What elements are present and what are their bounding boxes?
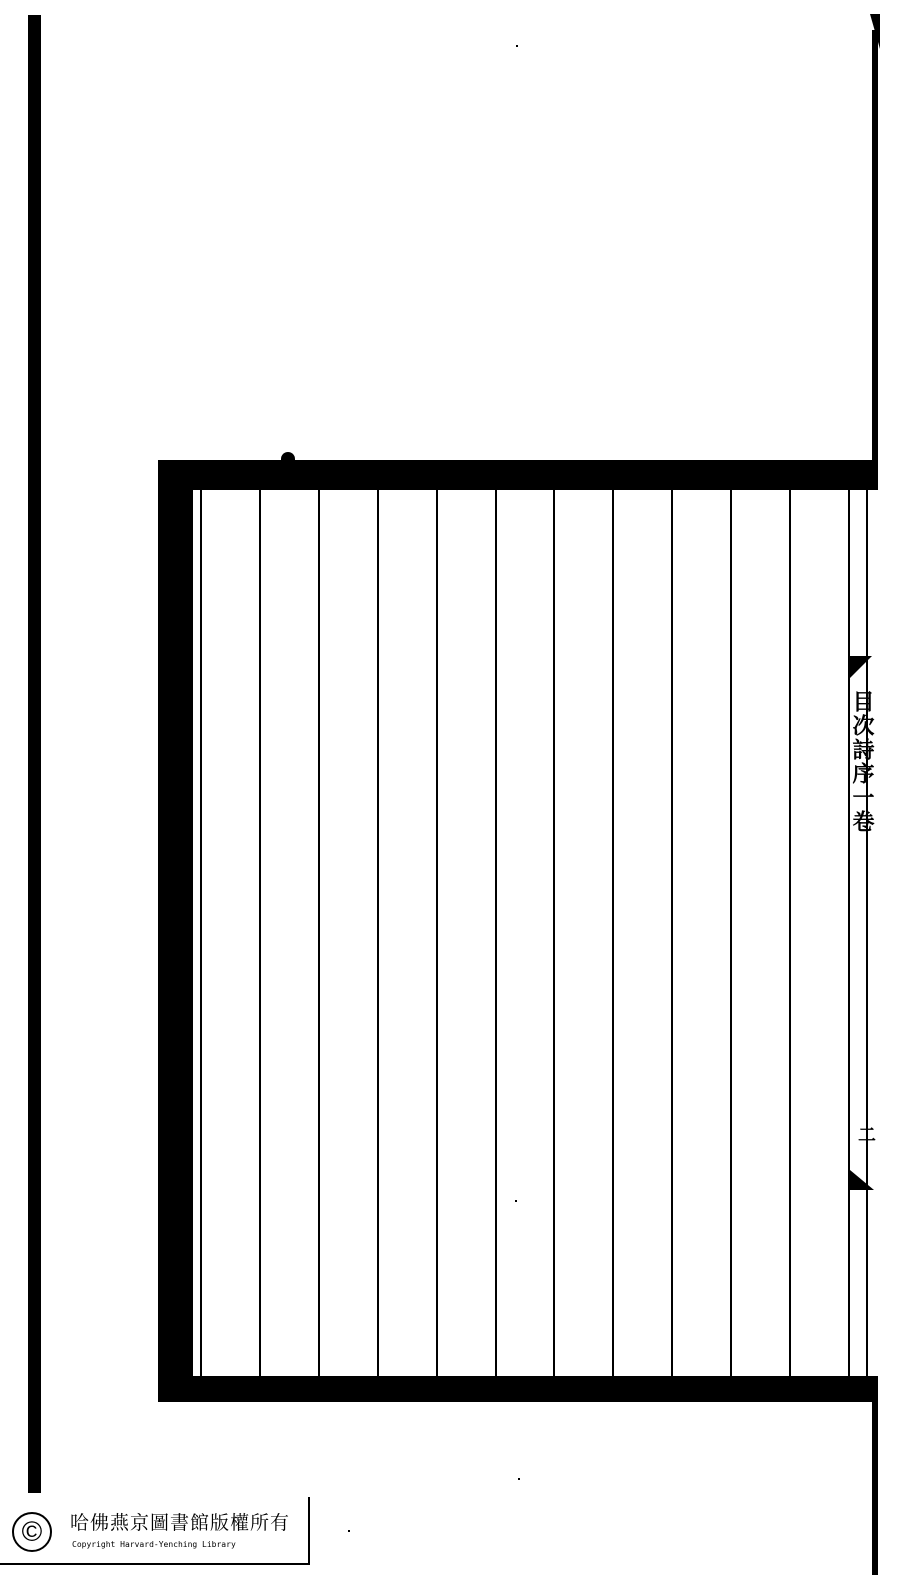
banxin-page-number: 二 — [855, 1125, 875, 1143]
column-rule — [553, 490, 555, 1376]
column-rule — [789, 490, 791, 1376]
banxin-right-rule — [866, 490, 868, 1376]
scan-speck — [516, 45, 518, 47]
print-frame-body — [193, 490, 878, 1376]
book-spine-edge — [28, 15, 41, 1493]
copyright-english-text: Copyright Harvard-Yenching Library — [72, 1540, 236, 1549]
copyright-chinese-text: 哈佛燕京圖書館版權所有 — [70, 1508, 290, 1535]
column-rule — [730, 490, 732, 1376]
scan-speck — [515, 1200, 517, 1202]
column-rule — [671, 490, 673, 1376]
column-rule — [200, 490, 202, 1376]
column-rule — [436, 490, 438, 1376]
column-rule — [318, 490, 320, 1376]
column-rule — [495, 490, 497, 1376]
frame-ink-blot — [281, 452, 295, 464]
column-rule — [377, 490, 379, 1376]
banxin-title: 目次詩序一卷 — [853, 690, 877, 834]
column-rule — [259, 490, 261, 1376]
copyright-symbol-icon: © — [12, 1512, 52, 1552]
scan-speck — [518, 1478, 520, 1480]
scan-speck — [348, 1530, 350, 1532]
column-rule — [612, 490, 614, 1376]
upper-fishtail-mark — [850, 656, 872, 678]
banxin-left-rule — [848, 490, 850, 1376]
